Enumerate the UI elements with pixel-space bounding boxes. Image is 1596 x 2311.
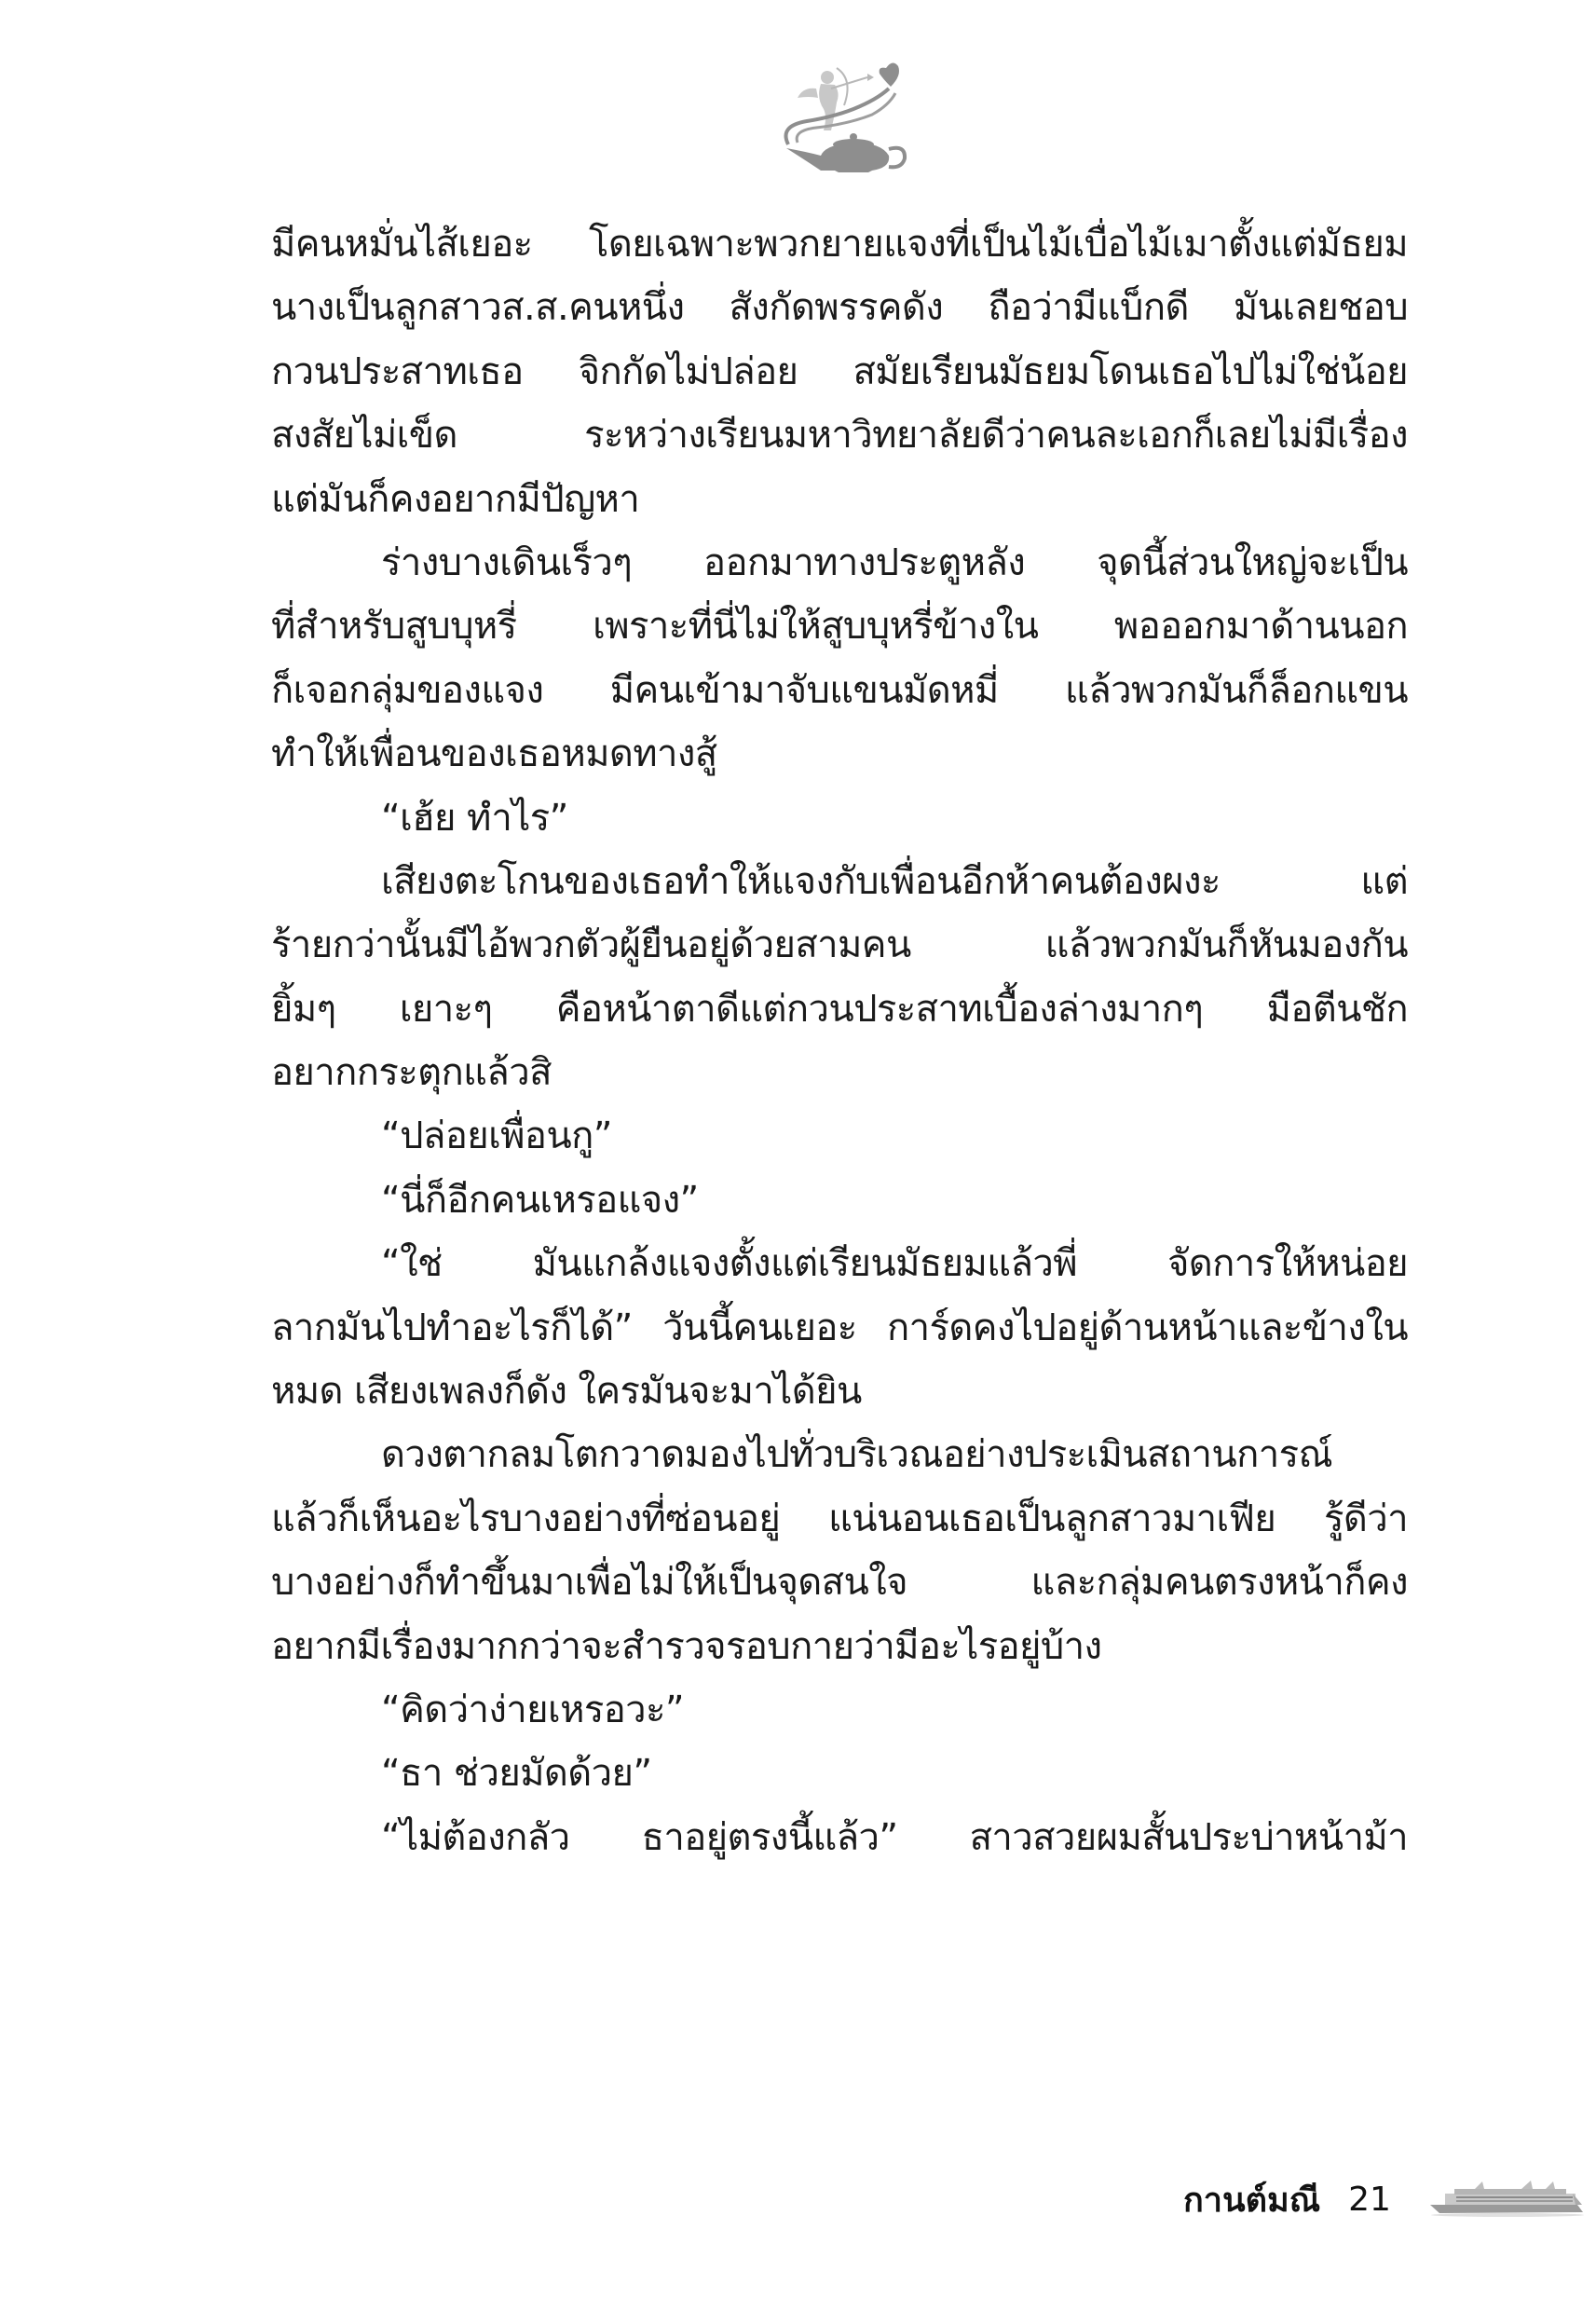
- text-line: ร้ายกว่านั้นมีไอ้พวกตัวผู้ยืนอยู่ด้วยสาม…: [271, 913, 1408, 977]
- cruise-ship-icon: [1428, 2181, 1587, 2218]
- page-number: 21: [1348, 2181, 1391, 2219]
- text-line: กวนประสาทเธอ จิกกัดไม่ปล่อย สมัยเรียนมัธ…: [271, 340, 1408, 403]
- dialogue-line: “คิดว่าง่ายเหรอวะ”: [271, 1678, 1408, 1742]
- text-line: นางเป็นลูกสาวส.ส.คนหนึ่ง สังกัดพรรคดัง ถ…: [271, 276, 1408, 339]
- text-line: หมด เสียงเพลงก็ดัง ใครมันจะมาได้ยิน: [271, 1360, 1408, 1423]
- dialogue-line: “ไม่ต้องกลัว ธาอยู่ตรงนี้แล้ว” สาวสวยผมส…: [271, 1806, 1408, 1869]
- book-title: กานต์มณี: [1183, 2173, 1320, 2226]
- text-line: แล้วก็เห็นอะไรบางอย่างที่ซ่อนอยู่ แน่นอน…: [271, 1487, 1408, 1551]
- text-line: บางอย่างก็ทำขึ้นมาเพื่อไม่ให้เป็นจุดสนใจ…: [271, 1551, 1408, 1614]
- text-line: อยากมีเรื่องมากกว่าจะสำรวจรอบกายว่ามีอะไ…: [271, 1615, 1408, 1678]
- text-line: ยิ้มๆ เยาะๆ คือหน้าตาดีแต่กวนประสาทเบื้อ…: [271, 978, 1408, 1041]
- text-line: สงสัยไม่เข็ด ระหว่างเรียนมหาวิทยาลัยดีว่…: [271, 403, 1408, 467]
- cupid-teapot-lamp-icon: [770, 51, 909, 172]
- dialogue-line: “ธา ช่วยมัดด้วย”: [271, 1742, 1408, 1805]
- paragraph-start: เสียงตะโกนของเธอทำให้แจงกับเพื่อนอีกห้าค…: [271, 850, 1408, 913]
- text-line: ทำให้เพื่อนของเธอหมดทางสู้: [271, 722, 1408, 786]
- text-line: ลากมันไปทำอะไรก็ได้” วันนี้คนเยอะ การ์ดค…: [271, 1296, 1408, 1360]
- dialogue-line: “ใช่ มันแกล้งแจงตั้งแต่เรียนมัธยมแล้วพี่…: [271, 1232, 1408, 1295]
- text-line: ก็เจอกลุ่มของแจง มีคนเข้ามาจับแขนมัดหมี่…: [271, 659, 1408, 722]
- dialogue-line: “เฮ้ย ทำไร”: [271, 786, 1408, 850]
- text-line: แต่มันก็คงอยากมีปัญหา: [271, 468, 1408, 531]
- text-line: อยากกระตุกแล้วสิ: [271, 1041, 1408, 1104]
- text-line: ที่สำหรับสูบบุหรี่ เพราะที่นี่ไม่ให้สูบบ…: [271, 595, 1408, 658]
- body-text: มีคนหมั่นไส้เยอะ โดยเฉพาะพวกยายแจงที่เป็…: [271, 212, 1408, 1869]
- paragraph-start: ร่างบางเดินเร็วๆ ออกมาทางประตูหลัง จุดนี…: [271, 531, 1408, 595]
- paragraph-start: ดวงตากลมโตกวาดมองไปทั่วบริเวณอย่างประเมิ…: [271, 1423, 1408, 1486]
- text-line: มีคนหมั่นไส้เยอะ โดยเฉพาะพวกยายแจงที่เป็…: [271, 212, 1408, 276]
- dialogue-line: “ปล่อยเพื่อนกู”: [271, 1104, 1408, 1168]
- dialogue-line: “นี่ก็อีกคนเหรอแจง”: [271, 1169, 1408, 1232]
- page-footer: กานต์มณี 21: [1183, 2171, 1587, 2227]
